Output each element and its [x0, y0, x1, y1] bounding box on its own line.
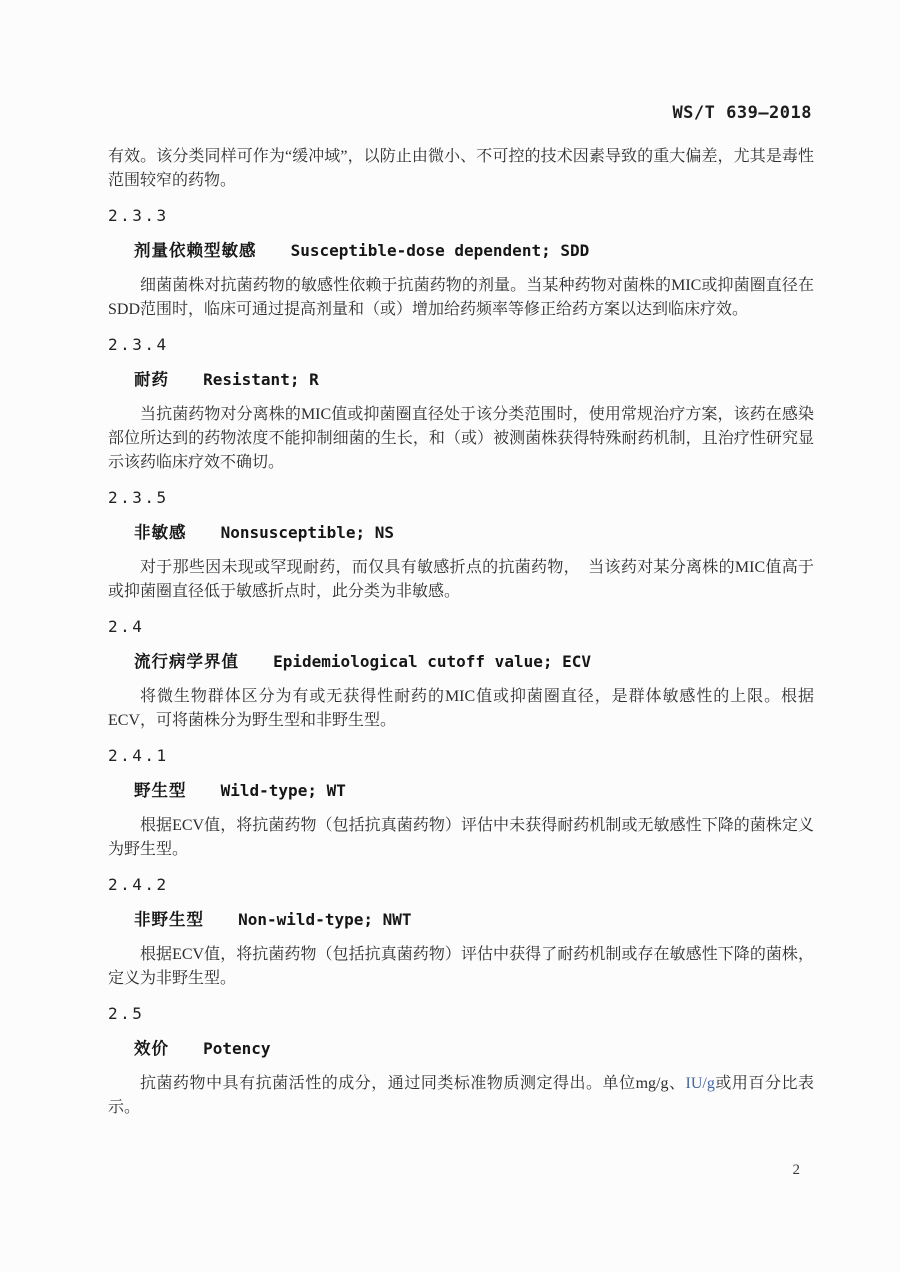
term-en: Susceptible-dose dependent; SDD [291, 241, 590, 260]
clause-number: 2.3.5 [108, 486, 814, 510]
clause-number: 2.4.2 [108, 873, 814, 897]
term-heading: 剂量依赖型敏感 Susceptible-dose dependent; SDD [108, 239, 814, 263]
clause-number: 2.5 [108, 1002, 814, 1026]
standard-number: WS/T 639—2018 [672, 103, 812, 123]
clause-body: 细菌菌株对抗菌药物的敏感性依赖于抗菌药物的剂量。当某种药物对菌株的MIC或抑菌圈… [108, 274, 814, 322]
term-en: Non-wild-type; NWT [238, 910, 411, 929]
clause-number: 2.4.1 [108, 744, 814, 768]
term-zh: 效价 [134, 1040, 169, 1058]
clause-2-4: 2.4 流行病学界值 Epidemiological cutoff value;… [108, 615, 814, 733]
document-content: 有效。该分类同样可作为“缓冲域”，以防止由微小、不可控的技术因素导致的重大偏差，… [108, 145, 814, 1131]
term-heading: 耐药 Resistant; R [108, 368, 814, 392]
clause-2-4-1: 2.4.1 野生型 Wild-type; WT 根据ECV值，将抗菌药物（包括抗… [108, 744, 814, 862]
clause-body: 根据ECV值，将抗菌药物（包括抗真菌药物）评估中获得了耐药机制或存在敏感性下降的… [108, 943, 814, 991]
clause-body: 将微生物群体区分为有或无获得性耐药的MIC值或抑菌圈直径，是群体敏感性的上限。根… [108, 685, 814, 733]
clause-body: 对于那些因未现或罕现耐药，而仅具有敏感折点的抗菌药物， 当该药对某分离株的MIC… [108, 556, 814, 604]
intro-paragraph: 有效。该分类同样可作为“缓冲域”，以防止由微小、不可控的技术因素导致的重大偏差，… [108, 145, 814, 193]
unit-iu-per-g: IU/g [686, 1075, 715, 1092]
clause-number: 2.3.4 [108, 333, 814, 357]
term-zh: 耐药 [134, 371, 169, 389]
term-zh: 非敏感 [134, 524, 187, 542]
clause-2-3-5: 2.3.5 非敏感 Nonsusceptible; NS 对于那些因未现或罕现耐… [108, 486, 814, 604]
term-en: Potency [203, 1039, 270, 1058]
document-page: WS/T 639—2018 有效。该分类同样可作为“缓冲域”，以防止由微小、不可… [0, 0, 900, 1272]
page-number: 2 [793, 1162, 801, 1178]
term-zh: 野生型 [134, 782, 187, 800]
document-header: WS/T 639—2018 [0, 103, 812, 123]
term-heading: 非敏感 Nonsusceptible; NS [108, 521, 814, 545]
clause-body: 当抗菌药物对分离株的MIC值或抑菌圈直径处于该分类范围时，使用常规治疗方案，该药… [108, 403, 814, 475]
term-zh: 流行病学界值 [134, 653, 239, 671]
clause-number: 2.4 [108, 615, 814, 639]
clause-2-3-4: 2.3.4 耐药 Resistant; R 当抗菌药物对分离株的MIC值或抑菌圈… [108, 333, 814, 475]
clause-2-5: 2.5 效价 Potency 抗菌药物中具有抗菌活性的成分，通过同类标准物质测定… [108, 1002, 814, 1120]
clause-2-4-2: 2.4.2 非野生型 Non-wild-type; NWT 根据ECV值，将抗菌… [108, 873, 814, 991]
clause-body-text: 抗菌药物中具有抗菌活性的成分，通过同类标准物质测定得出。单位mg/g、 [140, 1075, 686, 1092]
term-zh: 非野生型 [134, 911, 204, 929]
term-en: Wild-type; WT [221, 781, 346, 800]
clause-body: 根据ECV值，将抗菌药物（包括抗真菌药物）评估中未获得耐药机制或无敏感性下降的菌… [108, 814, 814, 862]
clause-2-3-3: 2.3.3 剂量依赖型敏感 Susceptible-dose dependent… [108, 204, 814, 322]
term-heading: 非野生型 Non-wild-type; NWT [108, 908, 814, 932]
term-en: Epidemiological cutoff value; ECV [273, 652, 591, 671]
term-en: Nonsusceptible; NS [221, 523, 394, 542]
term-heading: 流行病学界值 Epidemiological cutoff value; ECV [108, 650, 814, 674]
page-footer: 2 [793, 1162, 801, 1179]
clause-number: 2.3.3 [108, 204, 814, 228]
term-heading: 野生型 Wild-type; WT [108, 779, 814, 803]
term-en: Resistant; R [203, 370, 319, 389]
term-heading: 效价 Potency [108, 1037, 814, 1061]
term-zh: 剂量依赖型敏感 [134, 242, 257, 260]
clause-body: 抗菌药物中具有抗菌活性的成分，通过同类标准物质测定得出。单位mg/g、IU/g或… [108, 1072, 814, 1120]
